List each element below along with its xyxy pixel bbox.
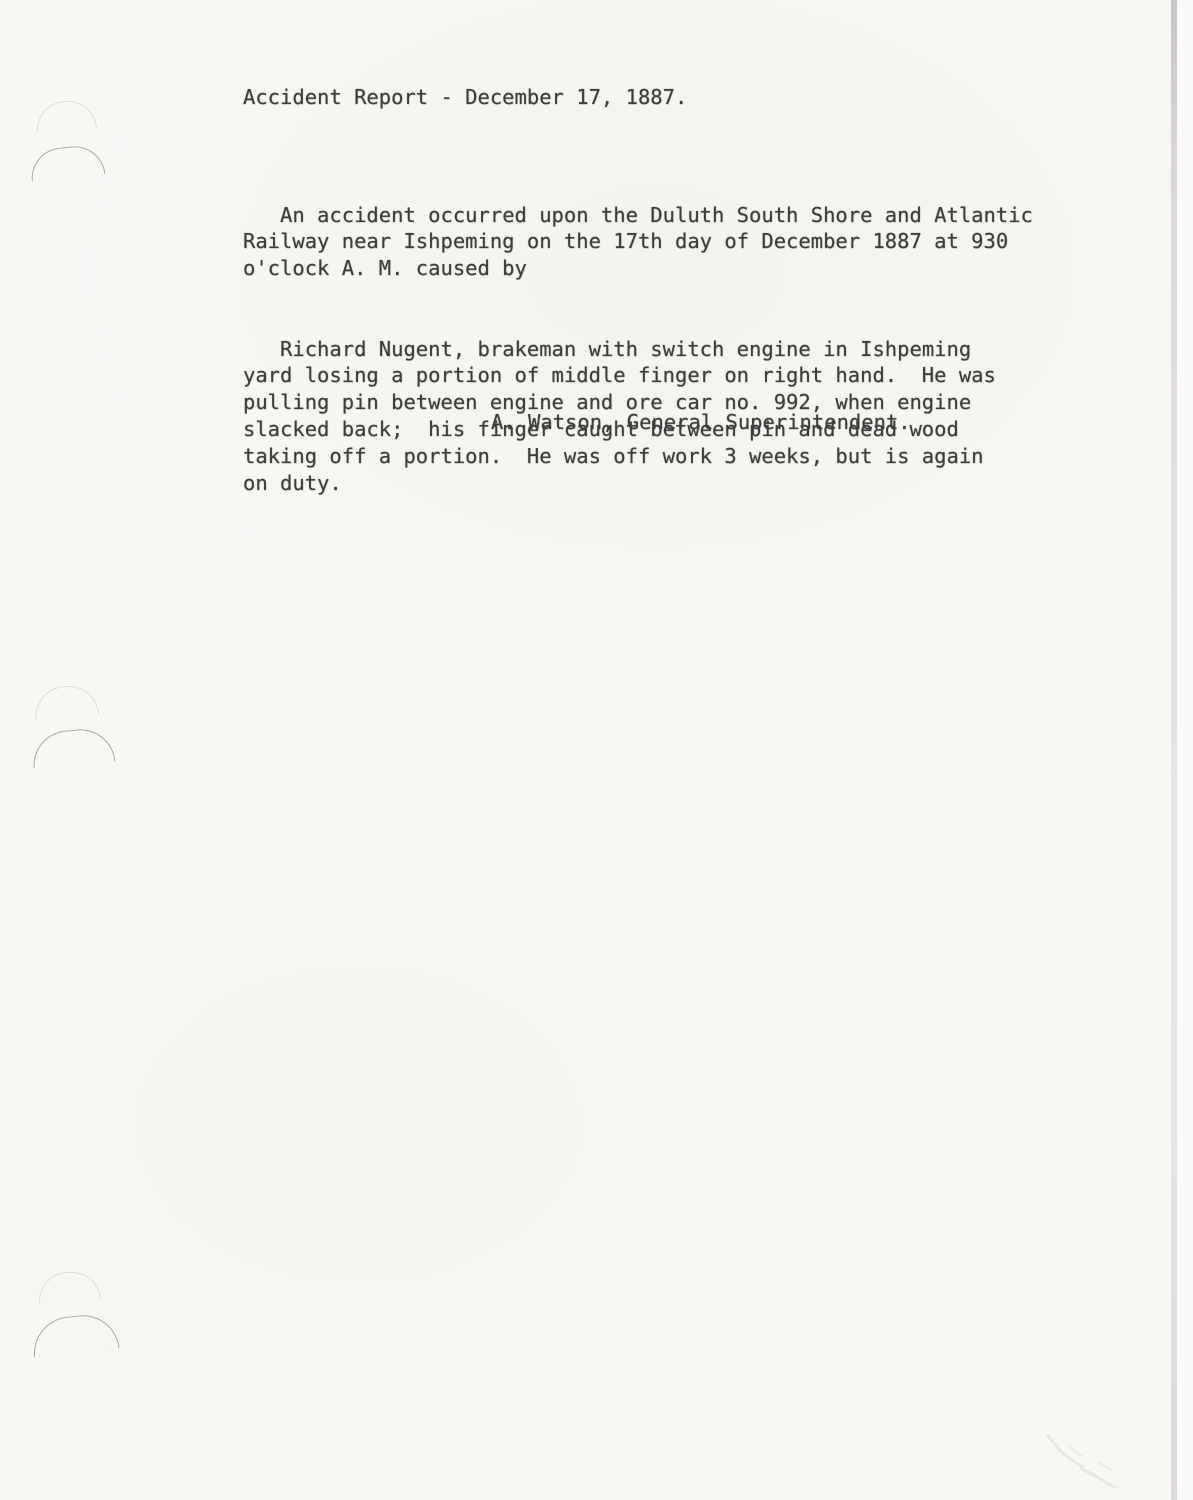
punch-hole-arc xyxy=(29,143,106,182)
report-body: An accident occurred upon the Duluth Sou… xyxy=(243,148,1063,550)
faint-pencil-mark xyxy=(1040,1418,1160,1488)
scan-edge-seam xyxy=(1171,0,1177,1500)
report-title: Accident Report - December 17, 1887. xyxy=(243,84,687,111)
report-paragraph-intro: An accident occurred upon the Duluth Sou… xyxy=(243,202,1063,282)
punch-hole-arc xyxy=(33,683,99,719)
scan-edge-margin xyxy=(1177,0,1193,1500)
punch-hole-arc xyxy=(35,99,97,132)
scanned-document-page: Accident Report - December 17, 1887. An … xyxy=(0,0,1193,1500)
punch-hole-arc xyxy=(37,1270,101,1303)
punch-hole-arc xyxy=(30,1312,119,1358)
signature-line: A. Watson, General Superintendent. xyxy=(491,409,911,436)
punch-hole-arc xyxy=(31,726,116,768)
